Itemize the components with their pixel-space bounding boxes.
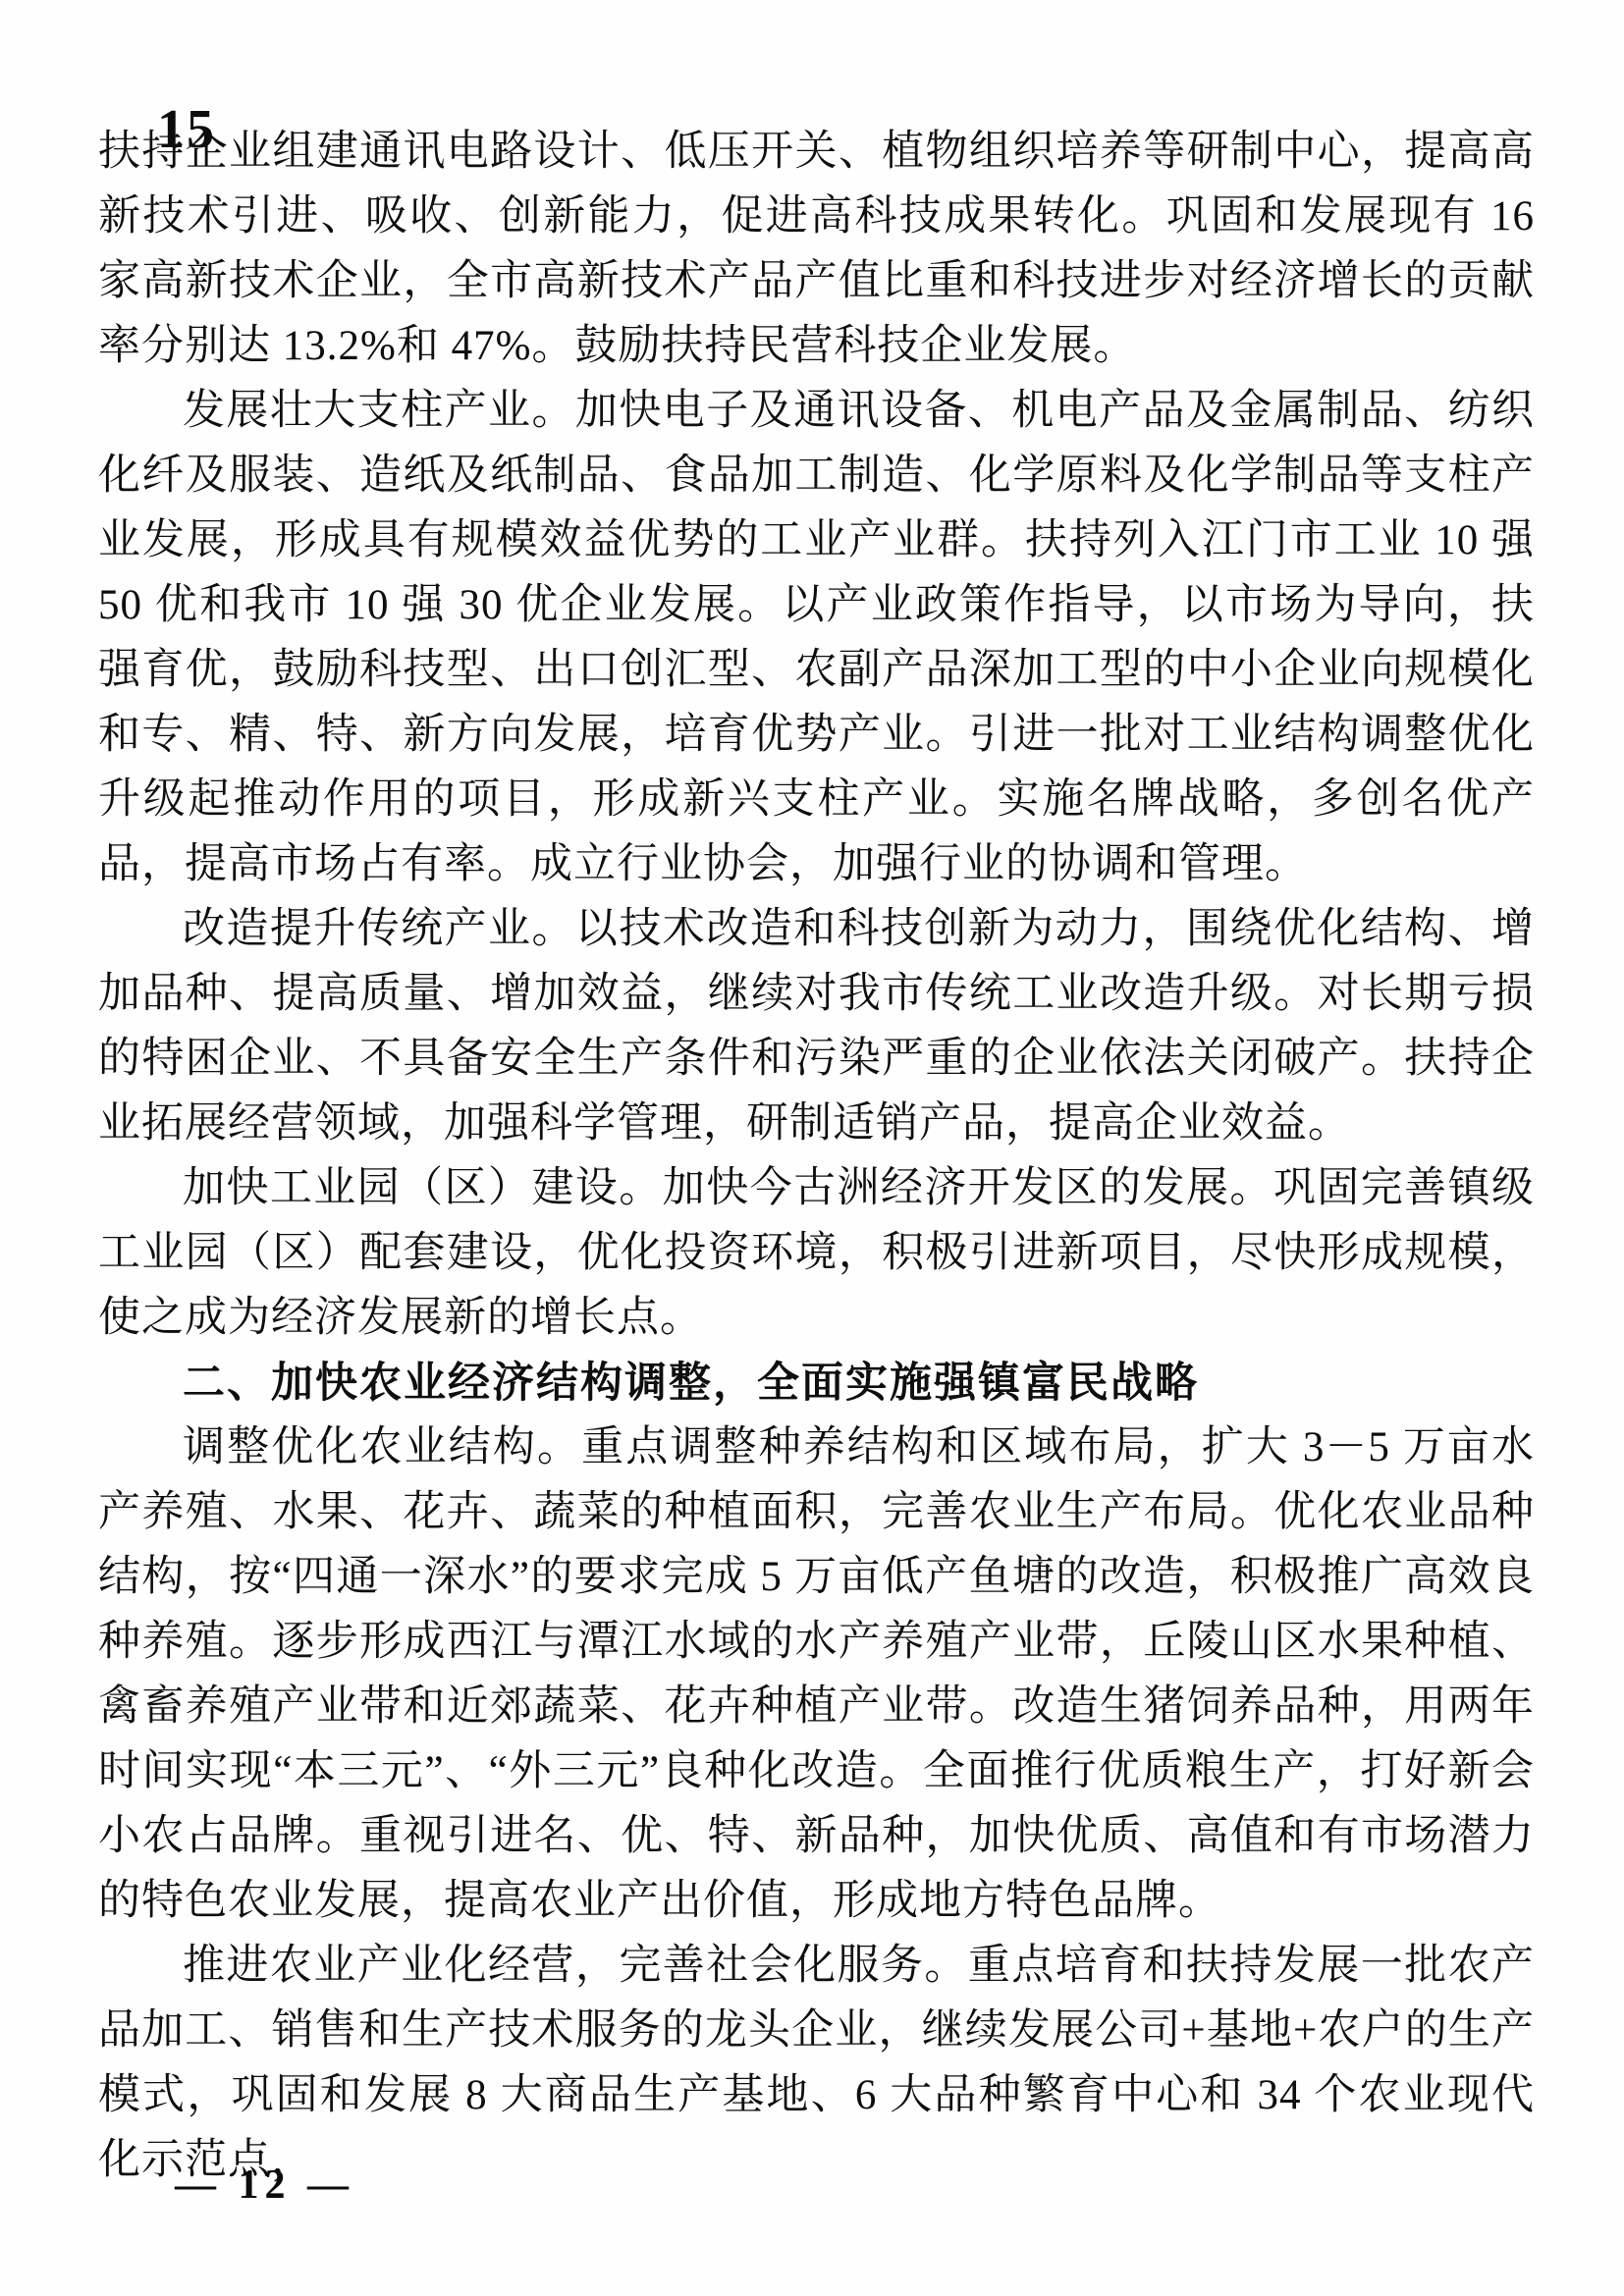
section-heading: 二、加快农业经济结构调整，全面实施强镇富民战略	[98, 1351, 1535, 1415]
body-paragraph: 推进农业产业化经营，完善社会化服务。重点培育和扶持发展一批农产品加工、销售和生产…	[98, 1934, 1535, 2193]
body-paragraph: 调整优化农业结构。重点调整种养结构和区域布局，扩大 3－5 万亩水产养殖、水果、…	[98, 1415, 1535, 1934]
body-paragraph: 发展壮大支柱产业。加快电子及通讯设备、机电产品及金属制品、纺织化纤及服装、造纸及…	[98, 379, 1535, 897]
body-paragraph: 扶持企业组建通讯电路设计、低压开关、植物组织培养等研制中心，提高高新技术引进、吸…	[98, 120, 1535, 379]
document-page: 15 扶持企业组建通讯电路设计、低压开关、植物组织培养等研制中心，提高高新技术引…	[0, 0, 1624, 2296]
body-paragraph: 改造提升传统产业。以技术改造和科技创新为动力，围绕优化结构、增加品种、提高质量、…	[98, 897, 1535, 1156]
page-number-footer: — 12 —	[175, 2162, 354, 2209]
document-body: 扶持企业组建通讯电路设计、低压开关、植物组织培养等研制中心，提高高新技术引进、吸…	[98, 120, 1535, 2193]
body-paragraph: 加快工业园（区）建设。加快今古洲经济开发区的发展。巩固完善镇级工业园（区）配套建…	[98, 1156, 1535, 1351]
